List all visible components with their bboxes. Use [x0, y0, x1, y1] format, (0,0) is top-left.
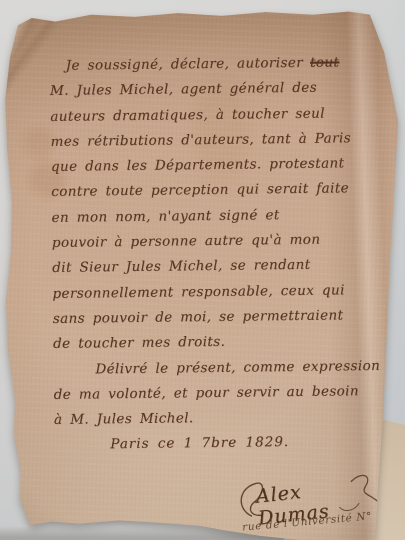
- letter-line: Délivré le présent, comme expression: [53, 354, 371, 383]
- letter-line: que dans les Départements. protestant: [51, 151, 369, 180]
- paper-wrap: Je soussigné, déclare, autorisertout M. …: [0, 0, 405, 540]
- letter-paper: Je soussigné, déclare, autorisertout M. …: [4, 10, 400, 540]
- letter-line: en mon nom, n'ayant signé et: [51, 202, 369, 231]
- letter-line: dit Sieur Jules Michel, se rendant: [52, 252, 370, 281]
- letter-body: Je soussigné, déclare, autorisertout M. …: [50, 50, 373, 459]
- dateline: Paris ce 1 7bre 1829.: [54, 429, 372, 458]
- opening-text: Je soussigné, déclare, autoriser: [66, 55, 304, 74]
- letter-line: de ma volonté, et pour servir au besoin: [54, 379, 372, 408]
- letter-line: Je soussigné, déclare, autorisertout: [50, 50, 368, 79]
- letter-line: auteurs dramatiques, à toucher seul: [50, 101, 368, 130]
- letter-line: sans pouvoir de moi, se permettraient: [53, 303, 371, 332]
- letter-line: à M. Jules Michel.: [54, 404, 372, 433]
- letter-line: M. Jules Michel, agent général des: [50, 75, 368, 104]
- letter-line: mes rétributions d'auteurs, tant à Paris: [50, 126, 368, 155]
- letter-line: de toucher mes droits.: [53, 328, 371, 357]
- letter-line: contre toute perception qui serait faite: [51, 177, 369, 206]
- struck-word: tout: [310, 54, 339, 70]
- letter-line: personnellement responsable, ceux qui: [52, 278, 370, 307]
- letter-line: pouvoir à personne autre qu'à mon: [52, 227, 370, 256]
- photo-of-letter: Je soussigné, déclare, autorisertout M. …: [0, 0, 405, 540]
